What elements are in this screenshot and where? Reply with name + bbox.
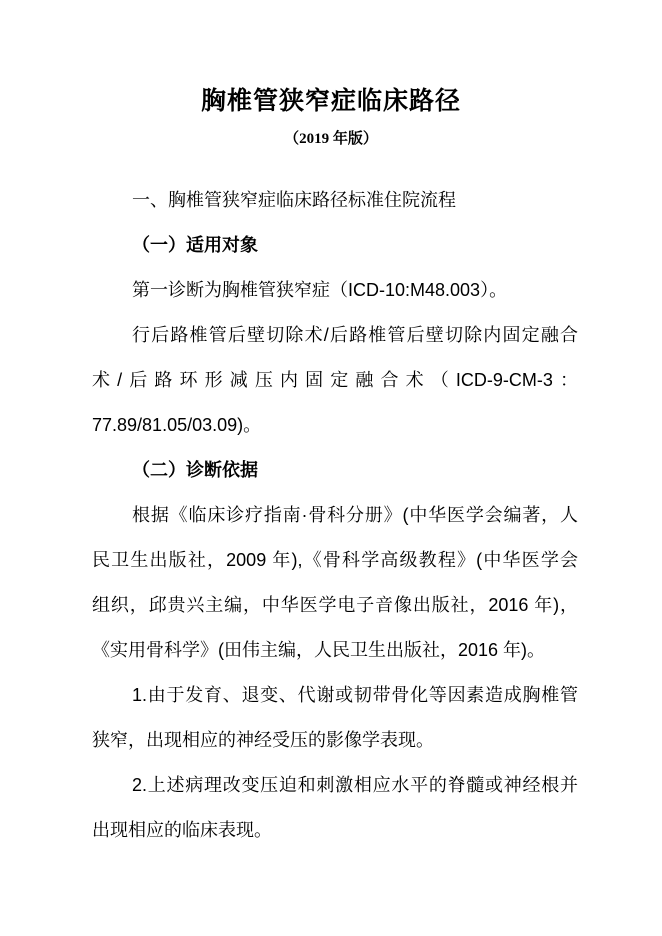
document-subtitle: （2019 年版） [0,128,662,150]
line-criterion-2b: 出现相应的临床表现。 [92,808,578,853]
document-body: 一、胸椎管狭窄症临床路径标准住院流程 （一）适用对象 第一诊断为胸椎管狭窄症（I… [92,178,578,853]
heading-section-1: 一、胸椎管狭窄症临床路径标准住院流程 [92,178,578,223]
line-reference-1: 根据《临床诊疗指南·骨科分册》(中华医学会编著，人 [92,493,578,538]
line-criterion-1b: 狭窄，出现相应的神经受压的影像学表现。 [92,718,578,763]
line-criterion-1a: 1.由于发育、退变、代谢或韧带骨化等因素造成胸椎管 [92,673,578,718]
heading-subsection-applicable-object: （一）适用对象 [92,223,578,268]
document-page: 胸椎管狭窄症临床路径 （2019 年版） 一、胸椎管狭窄症临床路径标准住院流程 … [0,0,662,936]
heading-subsection-diagnosis-basis: （二）诊断依据 [92,448,578,493]
line-reference-2: 民卫生出版社，2009 年),《骨科学高级教程》(中华医学会 [92,538,578,583]
document-title: 胸椎管狭窄症临床路径 [0,0,662,118]
line-criterion-2a: 2.上述病理改变压迫和刺激相应水平的脊髓或神经根并 [92,763,578,808]
line-reference-3: 组织，邱贵兴主编，中华医学电子音像出版社，2016 年)， [92,583,578,628]
line-surgery-1: 行后路椎管后壁切除术/后路椎管后壁切除内固定融合 [92,313,578,358]
line-surgery-3-icd-codes: 77.89/81.05/03.09)。 [92,403,578,448]
line-surgery-2: 术/后路环形减压内固定融合术（ICD-9-CM-3： [92,358,578,403]
line-first-diagnosis: 第一诊断为胸椎管狭窄症（ICD-10:M48.003）。 [92,268,578,313]
line-reference-4: 《实用骨科学》(田伟主编，人民卫生出版社，2016 年)。 [92,628,578,673]
